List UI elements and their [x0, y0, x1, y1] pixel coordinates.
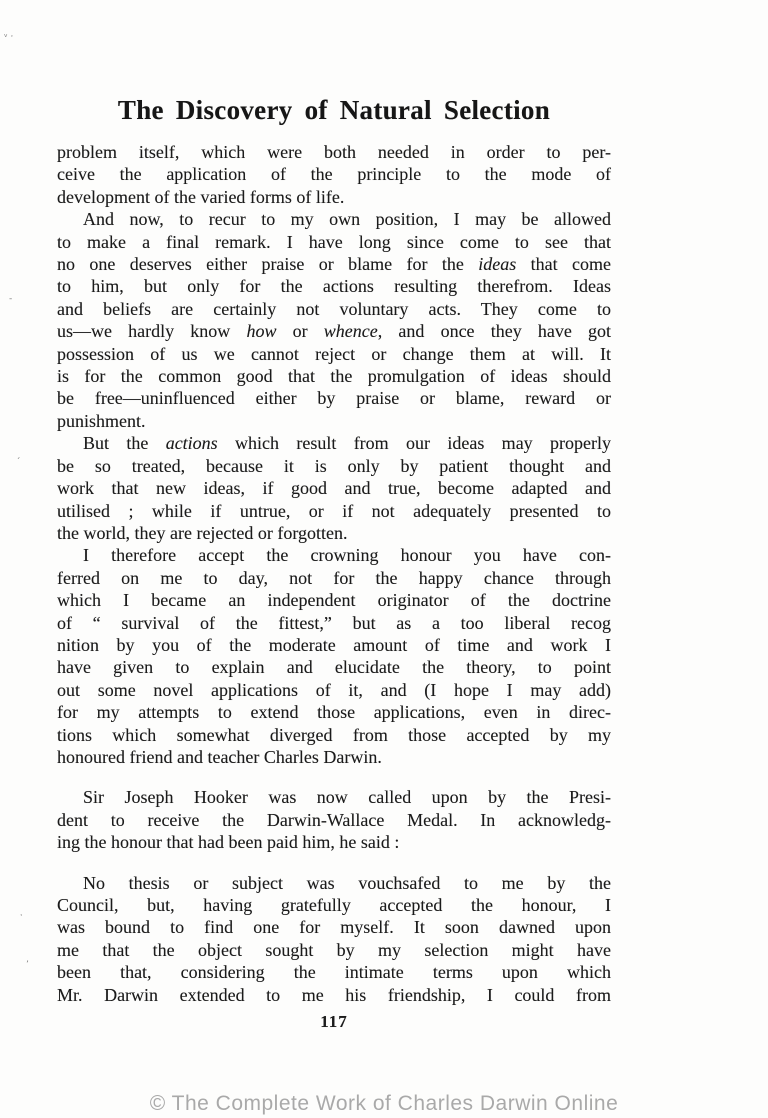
scan-artifact-mark: ‐ [9, 294, 12, 304]
text-line: no one deserves either praise or blame f… [57, 253, 611, 275]
scan-artifact-mark: ᵛ ˑ [4, 33, 14, 43]
text-line: problem itself, which were both needed i… [57, 141, 611, 163]
text-line: ferred on me to day, not for the happy c… [57, 567, 611, 589]
text-line: honoured friend and teacher Charles Darw… [57, 746, 611, 768]
text-line: punishment. [57, 410, 611, 432]
text-line: utilised ; while if untrue, or if not ad… [57, 500, 611, 522]
copyright-footer: © The Complete Work of Charles Darwin On… [0, 1092, 768, 1116]
text-line: dent to receive the Darwin-Wallace Medal… [57, 809, 611, 831]
book-page-scan: The Discovery of Natural Selection probl… [0, 0, 768, 1118]
text-line: was bound to find one for myself. It soo… [57, 916, 611, 938]
text-line: But the actions which result from our id… [57, 432, 611, 454]
paragraph: problem itself, which were both needed i… [57, 141, 611, 208]
paragraph: Sir Joseph Hooker was now called upon by… [57, 786, 611, 853]
text-line: nition by you of the moderate amount of … [57, 634, 611, 656]
text-line: Mr. Darwin extended to me his friendship… [57, 984, 611, 1006]
paragraph: And now, to recur to my own position, I … [57, 208, 611, 432]
scan-artifact-mark: ˏ [16, 450, 21, 460]
page-number: 117 [57, 1012, 611, 1032]
scan-artifact-mark: ˑ [20, 912, 23, 922]
text-line: ing the honour that had been paid him, h… [57, 831, 611, 853]
text-line: for my attempts to extend those applicat… [57, 701, 611, 723]
text-line: the world, they are rejected or forgotte… [57, 522, 611, 544]
text-line: have given to explain and elucidate the … [57, 656, 611, 678]
text-line: of “ survival of the fittest,” but as a … [57, 612, 611, 634]
text-line: and beliefs are certainly not voluntary … [57, 298, 611, 320]
text-line: Council, but, having gratefully accepted… [57, 894, 611, 916]
text-line: possession of us we cannot reject or cha… [57, 343, 611, 365]
text-line: me that the object sought by my selectio… [57, 939, 611, 961]
text-line: No thesis or subject was vouchsafed to m… [57, 872, 611, 894]
text-line: work that new ideas, if good and true, b… [57, 477, 611, 499]
text-line: be so treated, because it is only by pat… [57, 455, 611, 477]
text-line: And now, to recur to my own position, I … [57, 208, 611, 230]
text-line: be free—uninfluenced either by praise or… [57, 387, 611, 409]
text-line: tions which somewhat diverged from those… [57, 724, 611, 746]
body-text: problem itself, which were both needed i… [57, 141, 611, 1006]
paragraph: But the actions which result from our id… [57, 432, 611, 544]
text-line: is for the common good that the promulga… [57, 365, 611, 387]
text-line: out some novel applications of it, and (… [57, 679, 611, 701]
text-line: us—we hardly know how or whence, and onc… [57, 320, 611, 342]
page-title: The Discovery of Natural Selection [57, 95, 611, 126]
paragraph: I therefore accept the crowning honour y… [57, 544, 611, 768]
paragraph: No thesis or subject was vouchsafed to m… [57, 872, 611, 1006]
text-line: ceive the application of the principle t… [57, 163, 611, 185]
text-line: to make a final remark. I have long sinc… [57, 231, 611, 253]
text-line: which I became an independent originator… [57, 589, 611, 611]
scan-artifact-mark: ʼ [26, 960, 29, 970]
text-line: I therefore accept the crowning honour y… [57, 544, 611, 566]
text-line: development of the varied forms of life. [57, 186, 611, 208]
text-line: been that, considering the intimate term… [57, 961, 611, 983]
text-line: Sir Joseph Hooker was now called upon by… [57, 786, 611, 808]
text-line: to him, but only for the actions resulti… [57, 275, 611, 297]
